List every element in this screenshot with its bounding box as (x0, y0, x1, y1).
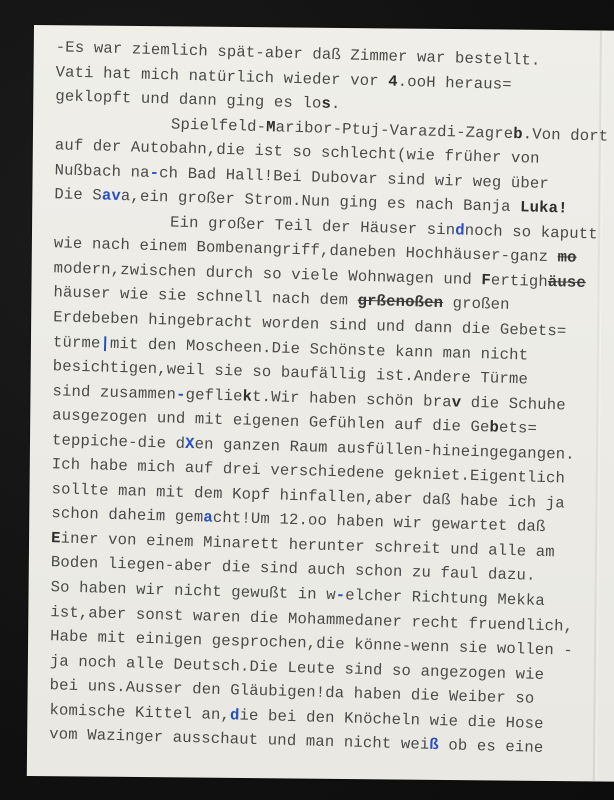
pen-correction: - (335, 586, 345, 604)
overtyped-char: s (321, 95, 331, 113)
overtyped-char: E (51, 529, 61, 547)
pen-correction: - (149, 164, 159, 182)
overtyped-char: v (451, 393, 461, 411)
pen-correction: a (203, 509, 213, 527)
pen-correction: av (102, 187, 122, 206)
overtyped-char: b (489, 419, 499, 437)
pen-correction: d (455, 221, 465, 239)
pen-correction: ß (429, 736, 439, 754)
overtyped-word: Luka! (520, 198, 568, 217)
overtyped-char: M (266, 118, 276, 136)
overtyped-char: k (242, 387, 252, 405)
typewritten-page: -Es war ziemlich spät-aber daß Zimmer wa… (27, 25, 614, 782)
overtyped-char: b (513, 125, 523, 143)
scanned-document: -Es war ziemlich spät-aber daß Zimmer wa… (0, 0, 614, 800)
struck-text: grßenoßen (357, 292, 443, 312)
struck-text: mo (557, 249, 577, 268)
letter-body: -Es war ziemlich spät-aber daß Zimmer wa… (49, 35, 614, 752)
pen-correction: X (185, 435, 195, 453)
struck-text: äuse (548, 273, 587, 292)
